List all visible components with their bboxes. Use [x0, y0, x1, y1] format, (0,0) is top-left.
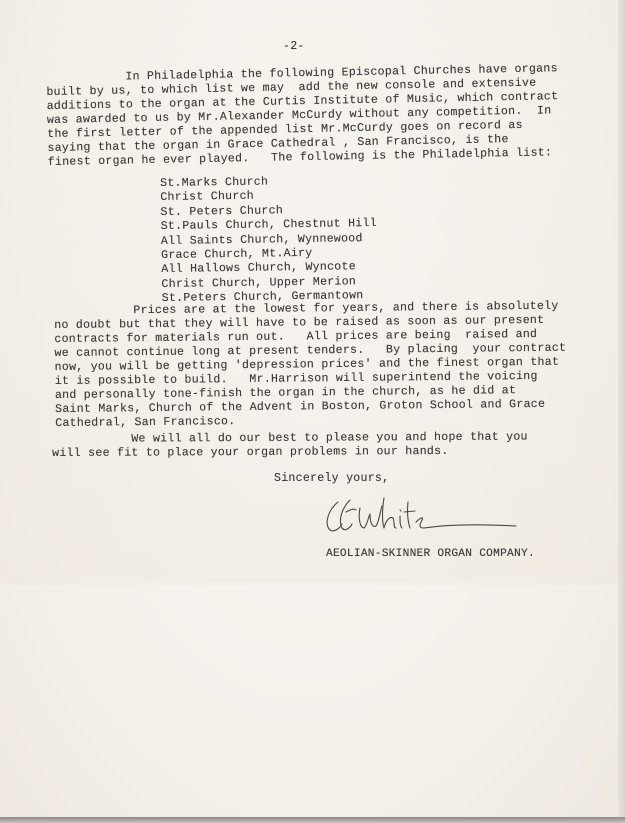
paragraph-philadelphia-churches: In Philadelphia the following Episcopal …	[46, 62, 560, 170]
letter-page: -2- In Philadelphia the following Episco…	[0, 0, 618, 817]
list-item: All Saints Church, Wynnewood	[161, 232, 377, 249]
page-number: -2-	[283, 40, 305, 53]
scan-edge-bottom	[0, 817, 625, 823]
text-line: will see fit to place your organ problem…	[52, 445, 528, 461]
signature-icon	[320, 490, 520, 540]
handwritten-signature	[320, 490, 520, 540]
paragraph-closing-remarks: We will all do our best to please you an…	[52, 431, 528, 461]
church-list: St.Marks ChurchChrist ChurchSt. Peters C…	[160, 174, 378, 307]
text-line: We will all do our best to please you an…	[52, 431, 528, 447]
paragraph-prices: Prices are at the lowest for years, and …	[54, 300, 567, 431]
closing-salutation: Sincerely yours,	[274, 472, 389, 485]
scan-edge-right	[618, 0, 625, 823]
company-name: AEOLIAN-SKINNER ORGAN COMPANY.	[326, 548, 535, 560]
